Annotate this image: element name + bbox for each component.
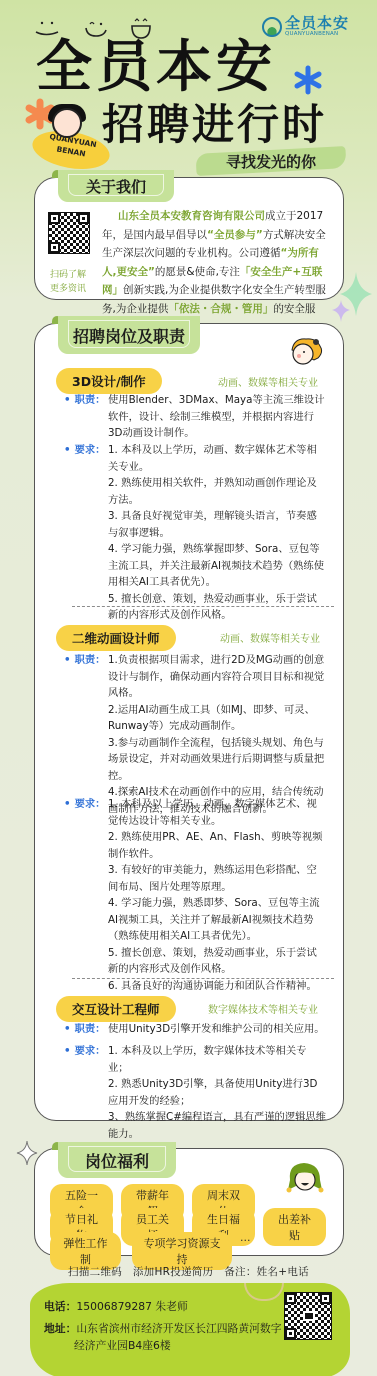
benefit-tag: 出差补贴	[263, 1208, 326, 1246]
green-hair-mascot-icon	[284, 1160, 326, 1196]
job-major: 数字媒体技术等相关专业	[208, 1001, 318, 1016]
contact-phone: 电话：15006879287 朱老师	[44, 1298, 188, 1315]
company-logo: 全员本安 QUANYUANBENAN	[262, 12, 362, 42]
logo-name-cn: 全员本安	[285, 16, 349, 31]
slogan: 寻找发光的你	[226, 151, 316, 172]
divider	[72, 606, 334, 607]
scan-hint: 扫描二维码 添加HR投递简历 备注：姓名+电话	[0, 1264, 377, 1279]
job-title-pill: 交互设计工程师	[56, 996, 176, 1022]
about-qr-code[interactable]	[48, 212, 90, 254]
contact-address: 地址：山东省滨州市经济开发区长江四路黄河数字 经济产业园B4座6楼	[44, 1320, 284, 1354]
job-duties: 职责： 使用Blender、3DMax、Maya等主流三维设计软件，设计、绘制三…	[64, 392, 326, 442]
divider	[72, 978, 334, 979]
mascot-face-icon	[52, 108, 82, 138]
wechat-icon	[303, 1311, 315, 1321]
job-major: 动画、数媒等相关专业	[218, 374, 318, 389]
job-major: 动画、数媒等相关专业	[220, 630, 320, 645]
job-requirements: 要求： 1. 本科及以上学历，动画、数字媒体艺术等相关专业。 2. 熟练使用相关…	[64, 442, 326, 624]
job-requirements: 要求： 1. 本科及以上学历，数字媒体技术等相关专业； 2. 熟悉Unity3D…	[64, 1043, 326, 1142]
benefits-tab: 岗位福利	[58, 1142, 176, 1178]
job-requirements: 要求： 1. 本科及以上学历，动画、数字媒体艺术、视觉传达设计等相关专业。 2.…	[64, 796, 326, 994]
blue-asterisk-icon	[293, 65, 323, 95]
job-duties: 职责： 1.负责根据项目需求，进行2D及MG动画的创意设计与制作，确保动画内容符…	[64, 652, 326, 817]
phone-number[interactable]: 15006879287 朱老师	[76, 1300, 187, 1313]
girl-mascot-icon	[288, 336, 324, 368]
benefits-more: ···	[240, 1234, 251, 1247]
page-title: 全员本安	[36, 40, 276, 96]
about-tab: 关于我们	[58, 170, 174, 202]
job-duties: 职责： 使用Unity3D引擎开发和维护公司的相关应用。	[64, 1021, 326, 1038]
sparkle-icon	[330, 270, 374, 326]
page-subtitle: 招聘进行时	[102, 104, 327, 146]
logo-globe-icon	[262, 17, 282, 37]
job-title-pill: 3D设计/制作	[56, 368, 162, 394]
job-title-pill: 二维动画设计师	[56, 625, 176, 651]
qr-hint: 扫码了解 更多资讯	[44, 268, 92, 296]
hr-wechat-qr-code[interactable]	[284, 1292, 332, 1340]
jobs-tab: 招聘岗位及职责	[58, 316, 200, 354]
logo-name-en: QUANYUANBENAN	[285, 32, 349, 38]
